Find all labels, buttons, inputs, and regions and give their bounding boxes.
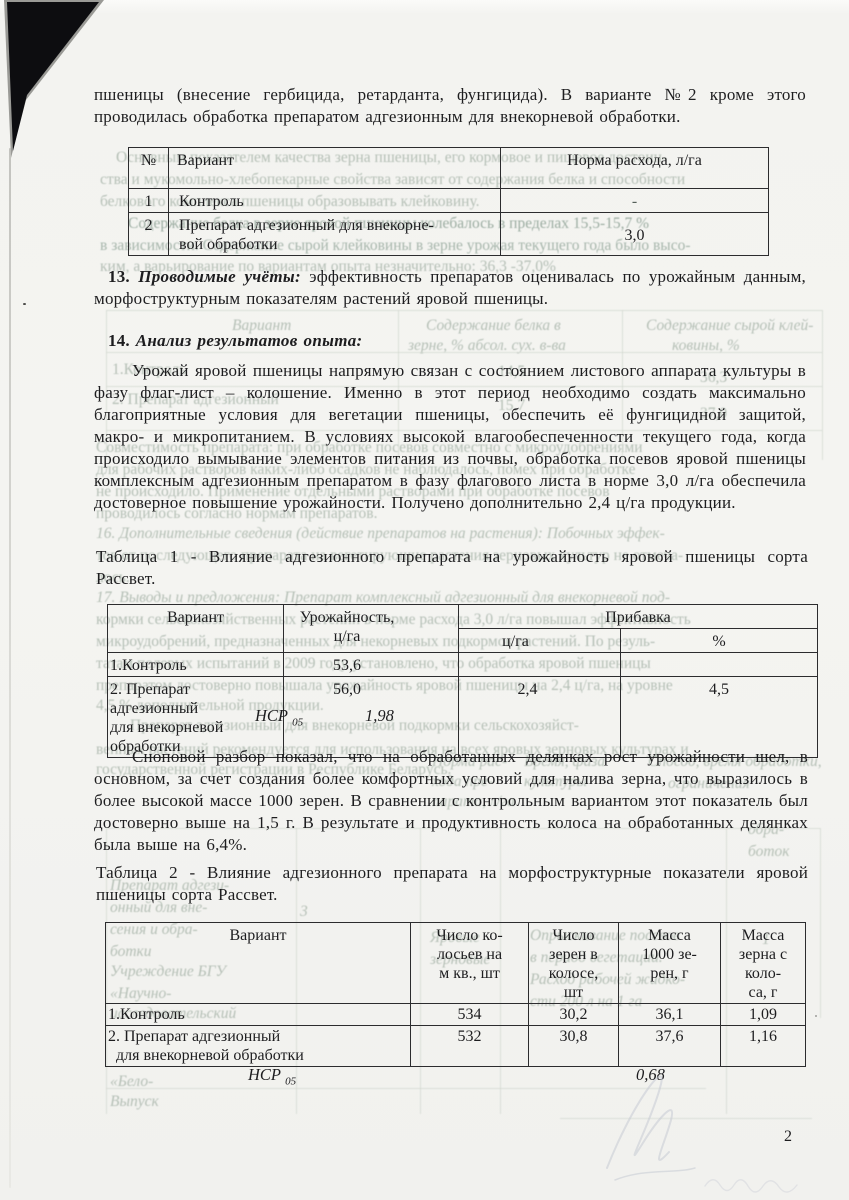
yield-col-yield: Урожайность, ц/га [284, 605, 459, 653]
cell-variant: Препарат адгезионный для внекорне- вой о… [169, 213, 501, 256]
table-row: 1 Контроль - [129, 189, 769, 213]
cell-yield: 53,6 [284, 653, 459, 677]
cell-mass1000: 36,1 [619, 1004, 721, 1026]
rate-table: № Вариант Норма расхода, л/га 1 Контроль… [128, 147, 769, 256]
table1-nsr-label: НСР 05 [255, 706, 303, 728]
morpho-header-row: Вариант Число ко- лосьев на м кв., шт Чи… [106, 923, 806, 1004]
cell-ears: 532 [411, 1026, 529, 1067]
analysis-paragraph: Урожай яровой пшеницы напрямую связан с … [94, 360, 806, 514]
signature-ghost [545, 1050, 845, 1200]
bleedthrough-rule [822, 310, 823, 460]
cell-rate: 3,0 [501, 213, 769, 256]
cell-variant: 1.Контроль [108, 653, 284, 677]
bleedthrough-text: 16. Дополнительные сведения (действие пр… [96, 524, 665, 544]
yield-table: Вариант Урожайность, ц/га Прибавка ц/га … [107, 604, 818, 758]
rate-col-no: № [129, 148, 169, 189]
rate-table-header-row: № Вариант Норма расхода, л/га [129, 148, 769, 189]
cell-variant: Контроль [169, 189, 501, 213]
morpho-col-mass1000: Масса 1000 зе- рен, г [619, 923, 721, 1004]
intro-paragraph: пшеницы (внесение гербицида, ретарданта,… [94, 84, 806, 128]
table-row: 2 Препарат адгезионный для внекорне- вой… [129, 213, 769, 256]
scan-speck [815, 1015, 817, 1017]
yield-col-gain: Прибавка [459, 605, 818, 629]
morpho-col-variant: Вариант [106, 923, 411, 1004]
table2-nsr-label: НСР 05 [248, 1065, 296, 1087]
yield-col-gain-pct: % [621, 629, 818, 653]
table1-caption: Таблица 1 - Влияние адгезионного препара… [96, 546, 808, 590]
section-13: 13. Проводимые учёты: эффективность преп… [94, 266, 806, 310]
cell-rate: - [501, 189, 769, 213]
section-13-number: 13. [108, 267, 130, 286]
cell-grains: 30,2 [529, 1004, 619, 1026]
section-14: 14. Анализ результатов опыта: [94, 330, 806, 352]
cell-gain-pct [621, 653, 818, 677]
cell-gain-abs [459, 653, 621, 677]
cell-ears: 534 [411, 1004, 529, 1026]
bleedthrough-rule [106, 352, 822, 353]
bleedthrough-text: Выпуск [110, 1092, 159, 1112]
page-number: 2 [784, 1128, 792, 1146]
cell-no: 2 [129, 213, 169, 256]
yield-header-row: Вариант Урожайность, ц/га Прибавка [108, 605, 818, 629]
sheaf-paragraph: Сноповой разбор показал, что на обработа… [94, 746, 808, 856]
yield-col-variant: Вариант [108, 605, 284, 653]
scan-speck [23, 303, 26, 305]
scanned-document-page: Основным показателем качества зерна пшен… [0, 0, 849, 1200]
rate-col-rate: Норма расхода, л/га [501, 148, 769, 189]
table1-nsr-value: 1,98 [365, 706, 394, 726]
yield-col-gain-abs: ц/га [459, 629, 621, 653]
section-14-number: 14. [108, 331, 130, 350]
bleedthrough-text: «Бело- [110, 1072, 153, 1092]
morpho-col-ears: Число ко- лосьев на м кв., шт [411, 923, 529, 1004]
morpho-col-grains: Число зерен в колосе, шт [529, 923, 619, 1004]
cell-variant: 1.Контроль [106, 1004, 411, 1026]
bleedthrough-rule [820, 828, 821, 1018]
table-row: 1.Контроль 53,6 [108, 653, 818, 677]
section-13-title: Проводимые учёты: [138, 267, 301, 286]
bleedthrough-rule [106, 310, 822, 311]
cell-no: 1 [129, 189, 169, 213]
cell-variant: 2. Препарат адгезионный для внекорневой … [106, 1026, 411, 1067]
morpho-table: Вариант Число ко- лосьев на м кв., шт Чи… [105, 922, 806, 1067]
page-left-edge [9, 148, 11, 1188]
cell-massear: 1,09 [721, 1004, 806, 1026]
table2-caption: Таблица 2 - Влияние адгезионного препара… [96, 862, 808, 906]
section-14-title: Анализ результатов опыта: [136, 331, 363, 350]
rate-col-variant: Вариант [169, 148, 501, 189]
table-row: 1.Контроль 534 30,2 36,1 1,09 [106, 1004, 806, 1026]
morpho-col-massear: Масса зерна с коло- са, г [721, 923, 806, 1004]
